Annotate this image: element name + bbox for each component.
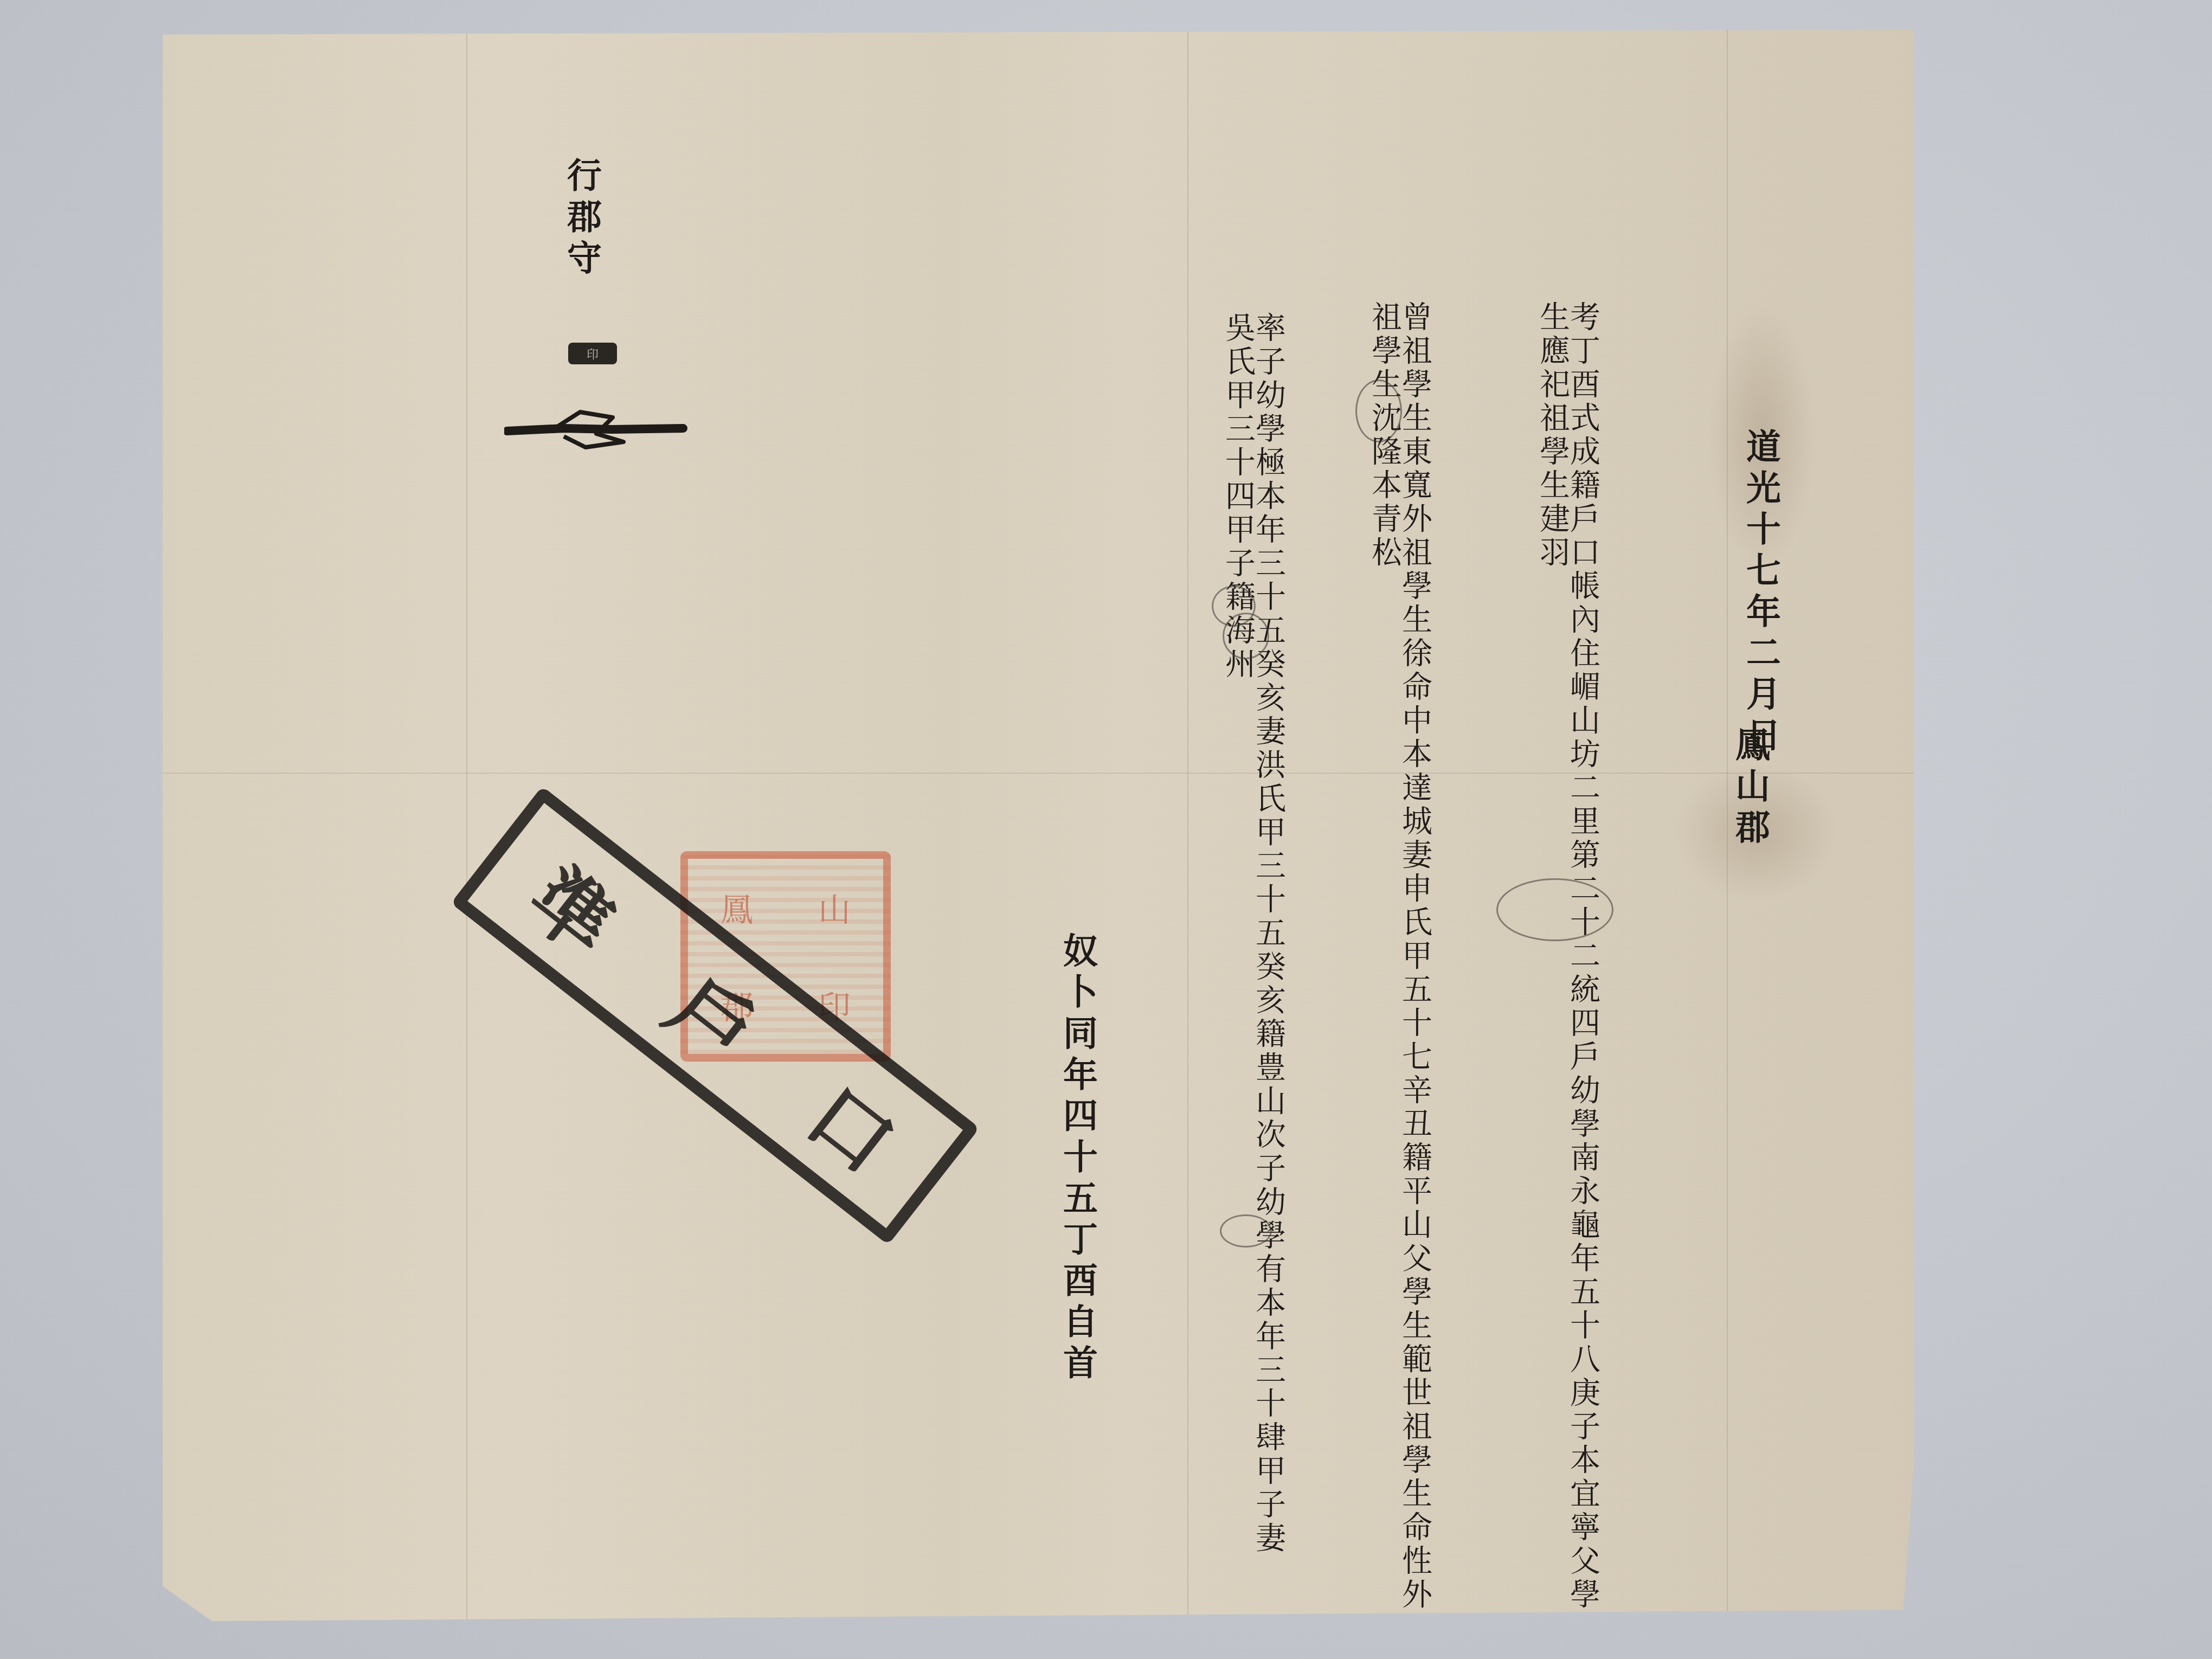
fold-line [1187, 30, 1188, 1621]
signature-icon [504, 390, 689, 455]
seal-char: 山 [818, 884, 851, 931]
fold-line [163, 773, 1914, 774]
issuer-column: 鳳山郡 [1732, 726, 1767, 850]
household-head-column: 考丁酉式成籍戶口帳內住嵋山坊二里第二十二統四戶幼學南永龜年五十八庚子本宜寧父學生… [1537, 301, 1598, 1613]
official-title: 行郡守 [564, 157, 599, 281]
ancestors-wife-column: 曾祖學生東寬外祖學生徐命中本達城妻申氏甲五十七辛丑籍平山父學生範世祖學生命性外祖… [1369, 301, 1430, 1613]
date-column: 道光十七年二月日 [1743, 428, 1778, 758]
document-paper [163, 30, 1914, 1621]
pencil-circle-mark [1355, 380, 1402, 442]
small-seal-text: 印 [587, 345, 599, 362]
stamp-char: 戶 [647, 944, 783, 1087]
seal-char: 鳳 [721, 884, 753, 931]
sons-column: 率子幼學極本年三十五癸亥妻洪氏甲三十五癸亥籍豊山次子幼學有本年三十肆甲子妻吳氏甲… [1223, 312, 1283, 1559]
fold-line [466, 30, 467, 1621]
small-seal-icon: 印 [568, 343, 617, 364]
pencil-circle-mark [1223, 613, 1269, 659]
pencil-circle-mark [1220, 1214, 1272, 1248]
stamp-char: 口 [787, 1053, 923, 1196]
pencil-circle-mark [1496, 878, 1613, 941]
stamp-char: 準 [507, 835, 644, 978]
servant-column: 奴卜同年四十五丁酉自首 [1060, 933, 1095, 1386]
